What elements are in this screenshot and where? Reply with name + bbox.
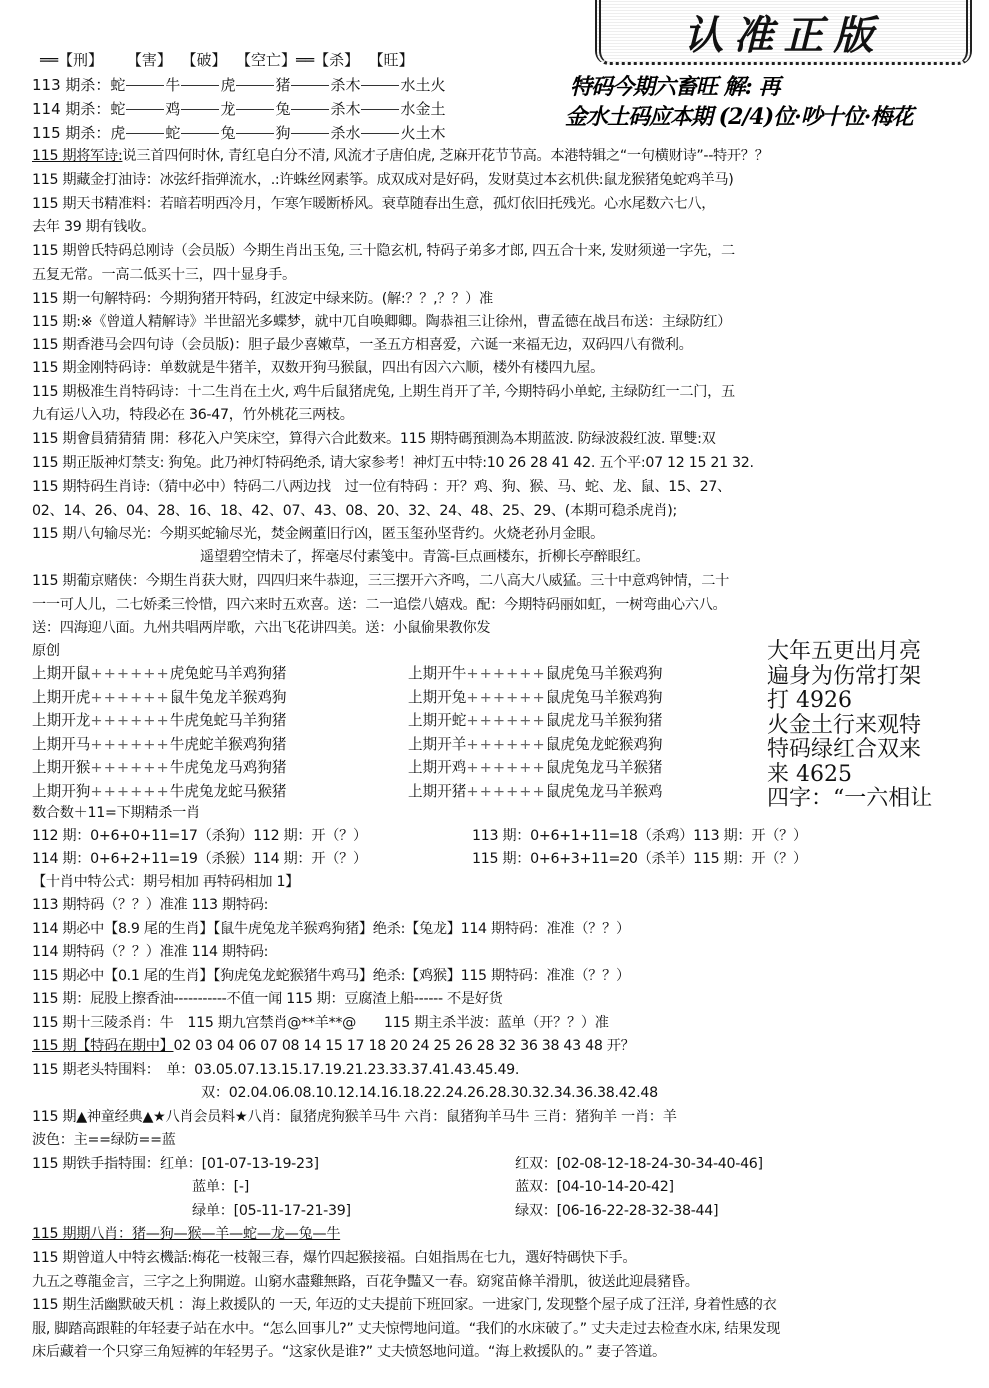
- side-poem-line: 来 4625: [767, 763, 932, 788]
- header-xing: ══【刑】: [40, 51, 103, 69]
- grid-result: 牛虎兔蛇马羊狗猪: [170, 712, 287, 729]
- iron-blue-double: 蓝双：[04-10-14-20-42]: [515, 1176, 674, 1198]
- gambler-line-1: 115 期葡京赌侠：今期生肖获大财，四四归来牛恭迎，三三摆开六齐鸣，二八高大八威…: [32, 570, 729, 592]
- cell: 蛇: [165, 122, 180, 144]
- old-man-double: 双：02.04.06.08.10.12.14.16.18.22.24.26.28…: [201, 1082, 658, 1104]
- divider: [126, 109, 164, 110]
- divider: [291, 109, 329, 110]
- grid-label: 上期开鸡: [408, 759, 466, 776]
- header-wang: 【旺】: [369, 51, 414, 69]
- one-sentence: 115 期一句解特码：今期狗猪开特码，红波定中绿来防。(解:？？,？？）准: [32, 288, 493, 310]
- grid-result: 鼠牛兔龙羊猴鸡狗: [170, 689, 287, 706]
- grid-label: 上期开猴: [32, 759, 90, 776]
- grid-label: 上期开蛇: [408, 712, 466, 729]
- tianshu-line-2: 去年 39 期有钱收。: [32, 216, 155, 238]
- iron-green-single: 绿单：[05-11-17-21-39]: [192, 1200, 351, 1222]
- divider: [126, 133, 164, 134]
- grid-label: 上期开马: [32, 736, 90, 753]
- general-poem-line: 115 期将军诗:说三首四何时休, 青红皂白分不清, 风流才子唐伯虎, 芝麻开花…: [32, 145, 769, 167]
- plus-signs: ++++++: [466, 736, 545, 753]
- grid-row: 上期开狗++++++牛虎兔龙蛇马猴猪 上期开猪++++++鼠虎兔龙马羊猴鸡: [32, 780, 663, 804]
- grid-result: 鼠虎兔龙马羊猴鸡: [546, 783, 663, 800]
- kill-row-115: 115 期杀：虎蛇兔狗杀水火土木: [32, 122, 446, 144]
- divider: [361, 133, 399, 134]
- formula-row-2-left: 114 期：0+6+2+11=19（杀猴）114 期：开（？）: [32, 848, 367, 870]
- grid-label: 上期开鼠: [32, 665, 90, 682]
- plus-signs: ++++++: [90, 783, 169, 800]
- shentong-line: 115 期▲神童经典▲★八肖会员料★八肖：鼠猪虎狗猴羊马牛 六肖：鼠猪狗羊马牛 …: [32, 1106, 677, 1128]
- zeng-talk-line-1: 115 期曾道人中特玄機話:梅花一枝報三春，爆竹四起猴接福。白姐指馬在七九，選好…: [32, 1247, 636, 1269]
- grid-row: 上期开虎++++++鼠牛兔龙羊猴鸡狗 上期开兔++++++鼠虎兔马羊猴鸡狗: [32, 686, 663, 710]
- cell: 虎: [220, 74, 235, 96]
- plus-signs: ++++++: [466, 712, 545, 729]
- member-guess: 115 期會員猜猜猜 開：移花入户笑床空，算得六合此数来。115 期特碼預測為本…: [32, 428, 715, 450]
- eight-zodiac-line: 115 期期八肖：猪—狗—猴—羊—蛇—龙—兔—牛: [32, 1223, 340, 1245]
- formula-row-1-left: 112 期：0+6+0+11=17（杀狗）112 期：开（？）: [32, 825, 367, 847]
- iron-red-single: 红单：[01-07-13-19-23]: [160, 1153, 319, 1175]
- cell: 牛: [165, 74, 180, 96]
- grid-result: 鼠虎兔龙蛇猴鸡狗: [546, 736, 663, 753]
- divider: [181, 85, 219, 86]
- thirteen-line: 115 期十三陵杀肖：牛 115 期九宫禁肖@**羊**@ 115 期主杀半波：…: [32, 1012, 609, 1034]
- old-man-single: 115 期老头特围料： 单：03.05.07.13.15.17.19.21.23…: [32, 1059, 519, 1081]
- kill-row-114: 114 期杀：蛇鸡龙兔杀木水金土: [32, 98, 446, 120]
- plus-signs: ++++++: [90, 689, 169, 706]
- grid-result: 虎兔蛇马羊鸡狗猪: [170, 665, 287, 682]
- in-period-label: 115 期【特码在期中】: [32, 1038, 174, 1054]
- cell: 水土火: [400, 74, 445, 96]
- line-114-must: 114 期必中【8.9 尾的生肖】【鼠牛虎兔龙羊猴鸡狗猪】绝杀:【兔龙】114 …: [32, 918, 630, 940]
- grid-result: 牛虎兔龙蛇马猴猪: [170, 783, 287, 800]
- divider: [361, 85, 399, 86]
- humor-line-2: 服, 脚踏高跟鞋的年轻妻子站在水中。“怎么回事儿?” 丈夫惊愕地问道。“我们的水…: [32, 1318, 780, 1340]
- side-poem-line: 遍身为伤常打架: [767, 665, 932, 690]
- last-open-grid: 上期开鼠++++++虎兔蛇马羊鸡狗猪 上期开牛++++++鼠虎兔马羊猴鸡狗 上期…: [32, 662, 663, 803]
- handwritten-line-1: 特码今期六畜旺 解: 再: [570, 70, 779, 101]
- side-poem-line: 特码绿红合双来: [767, 738, 932, 763]
- cell: 龙: [220, 98, 235, 120]
- idiom-line: 115 期：屁股上擦香油-----------不值一闻 115 期：豆腐渣上船-…: [32, 988, 503, 1010]
- plus-signs: ++++++: [466, 665, 545, 682]
- divider: [291, 133, 329, 134]
- plus-signs: ++++++: [90, 665, 169, 682]
- grid-result: 鼠虎兔马羊猴鸡狗: [546, 689, 663, 706]
- divider: [126, 85, 164, 86]
- side-poem-line: 四字：“一六相让: [767, 787, 932, 812]
- line-113-code: 113 期特码（？？）准准 113 期特码:: [32, 894, 268, 916]
- divider: [291, 85, 329, 86]
- zeng-poem-line-1: 115 期曾氏特码总刚诗（会员版）今期生肖出玉兔, 三十隐玄机, 特码子弟多才郎…: [32, 240, 735, 262]
- divider: [361, 109, 399, 110]
- ten-zodiac-title: 【十肖中特公式：期号相加 再特码相加 1】: [32, 871, 299, 893]
- iron-green-double: 绿双：[06-16-22-28-32-38-44]: [515, 1200, 718, 1222]
- plus-signs: ++++++: [466, 783, 545, 800]
- plus-signs: ++++++: [466, 689, 545, 706]
- cell: 蛇: [110, 98, 125, 120]
- header-kongwang-sha: 【空亡】══【杀】: [236, 51, 359, 69]
- precise-poem-line-2: 九有运八入功，特段必在 36-47，竹外桃花三两枝。: [32, 404, 354, 426]
- cell: 虎: [110, 122, 125, 144]
- grid-row: 上期开猴++++++牛虎兔龙马鸡狗猪 上期开鸡++++++鼠虎兔龙马羊猴猪: [32, 756, 663, 780]
- plus-signs: ++++++: [90, 712, 169, 729]
- divider: [181, 109, 219, 110]
- divider: [181, 133, 219, 134]
- cell: 火土木: [400, 122, 445, 144]
- cell: 猪: [275, 74, 290, 96]
- cell: 杀木: [330, 98, 360, 120]
- line-114-code: 114 期特码（？？）准准 114 期特码:: [32, 941, 268, 963]
- original-label: 原创: [32, 640, 60, 662]
- kill-row-113: 113 期杀：蛇牛虎猪杀木水土火: [32, 74, 446, 96]
- formula-row-1-right: 113 期：0+6+1+11=18（杀鸡）113 期：开（？）: [472, 825, 807, 847]
- zeng-talk-line-2: 九五之尊龍金言，三字之上狗開遊。山窮水盡雞無路，百花争豔又一春。窈窕苗條羊滑肌，…: [32, 1271, 699, 1293]
- line-115-must: 115 期必中【0.1 尾的生肖】【狗虎兔龙蛇猴猪牛鸡马】绝杀:【鸡猴】115 …: [32, 965, 630, 987]
- in-period-numbers: 02 03 04 06 07 08 14 15 17 18 20 24 25 2…: [174, 1038, 635, 1054]
- eight-lose-line-1: 115 期八句输尽光：今期买蛇输尽光，焚金阙董旧行凶，匿玉玺孙坚背约。火烧老孙月…: [32, 523, 604, 545]
- grid-label: 上期开兔: [408, 689, 466, 706]
- wave-line: 波色：主==绿防==蓝: [32, 1129, 176, 1151]
- side-poem-line: 火金土行来观特: [767, 714, 932, 739]
- row-label: 113 期杀：: [32, 74, 110, 96]
- divider: [236, 85, 274, 86]
- cell: 兔: [275, 98, 290, 120]
- grid-result: 鼠虎兔龙马羊猴猪: [546, 759, 663, 776]
- hk-jockey-poem: 115 期香港马会四句诗（会员版)：胆子最少喜嫩草，一圣五方相喜爱，六诞一来福无…: [32, 334, 693, 356]
- grid-result: 牛虎蛇羊猴鸡狗猪: [170, 736, 287, 753]
- row-label: 114 期杀：: [32, 98, 110, 120]
- zodiac-poem-line-2: 02、14、26、04、28、16、18、42、07、43、08、20、32、2…: [32, 500, 677, 522]
- stamp-title: 认准正版: [601, 4, 966, 61]
- cell: 狗: [275, 122, 290, 144]
- humor-line-1: 115 期生活幽默破天机 ：海上救援队的 一天, 年迈的丈夫提前下班回家。一进家…: [32, 1294, 777, 1316]
- grid-row: 上期开鼠++++++虎兔蛇马羊鸡狗猪 上期开牛++++++鼠虎兔马羊猴鸡狗: [32, 662, 663, 686]
- grid-result: 牛虎兔龙马鸡狗猪: [170, 759, 287, 776]
- grid-result: 鼠虎兔马羊猴鸡狗: [546, 665, 663, 682]
- plus-signs: ++++++: [90, 736, 169, 753]
- grid-label: 上期开猪: [408, 783, 466, 800]
- cell: 兔: [220, 122, 235, 144]
- humor-line-3: 床后藏着一个只穿三角短裤的年轻男子。“这家伙是谁?” 丈夫愤怒地问道。“海上救援…: [32, 1341, 666, 1363]
- grid-label: 上期开羊: [408, 736, 466, 753]
- cell: 蛇: [110, 74, 125, 96]
- eight-lose-line-2: 遥望碧空情未了，挥毫尽付素笺中。青篙-巨点画楼东，折柳长亭醉眼红。: [200, 546, 649, 568]
- general-poem-label: 115 期将军诗:: [32, 148, 122, 164]
- zeng-poem-line-2: 五复无常。一高二低买十三，四十显身手。: [32, 264, 296, 286]
- daoren-poem: 115 期:※《曾道人精解诗》半世韶光多蝶梦，就中兀自唤卿卿。陶恭祖三让徐州，曹…: [32, 311, 731, 333]
- grid-row: 上期开马++++++牛虎蛇羊猴鸡狗猪 上期开羊++++++鼠虎兔龙蛇猴鸡狗: [32, 733, 663, 757]
- authentic-stamp: 认准正版: [595, 0, 972, 65]
- cell: 鸡: [165, 98, 180, 120]
- tianshu-line-1: 115 期天书精准料：若暗若明西冷月，乍寒乍暖断桥风。衰草随春出生意，孤灯依旧托…: [32, 193, 715, 215]
- oil-poem: 115 期藏金打油诗：冰弦纤指弹流水，.:许蛛丝网素筝。成双成对是好码，发财莫过…: [32, 169, 734, 191]
- gambler-line-2: 一一可人儿，二七娇柔三怜惜，四六来时五欢喜。送：二一追偿八嬉戏。配：今期特码丽如…: [32, 594, 726, 616]
- side-poem-line: 大年五更出月亮: [767, 640, 932, 665]
- general-poem-text: 说三首四何时休, 青红皂白分不清, 风流才子唐伯虎, 芝麻开花节节高。本港特辑之…: [122, 148, 768, 164]
- divider: [236, 133, 274, 134]
- gambler-line-3: 送：四海迎八面。九州共唱两岸歌，六出飞花讲四美。送：小鼠偷果教你发: [32, 617, 490, 639]
- handwritten-line-2: 金水土码应本期 (2/4)位·吵十位·梅花: [565, 100, 912, 131]
- grid-label: 上期开龙: [32, 712, 90, 729]
- header-po: 【破】: [181, 51, 226, 69]
- formula-title: 数合数＋11=下期精杀一肖: [32, 802, 200, 824]
- cell: 杀木: [330, 74, 360, 96]
- iron-red-double: 红双：[02-08-12-18-24-30-34-40-46]: [515, 1153, 763, 1175]
- in-period-line: 115 期【特码在期中】02 03 04 06 07 08 14 15 17 1…: [32, 1035, 635, 1057]
- iron-finger-label: 115 期铁手指特围：: [32, 1153, 160, 1175]
- diamond-poem: 115 期金刚特码诗：单数就是牛猪羊，双数开狗马猴鼠，四出有因六六顺，楼外有楼四…: [32, 357, 604, 379]
- grid-result: 鼠虎龙马羊猴狗猪: [546, 712, 663, 729]
- grid-label: 上期开虎: [32, 689, 90, 706]
- kill-table-header: ══【刑】 【害】 【破】 【空亡】══【杀】 【旺】: [40, 50, 414, 70]
- iron-blue-single: 蓝单：[-]: [192, 1176, 249, 1198]
- grid-label: 上期开狗: [32, 783, 90, 800]
- cell: 水金土: [400, 98, 445, 120]
- divider: [236, 109, 274, 110]
- plus-signs: ++++++: [466, 759, 545, 776]
- formula-row-2-right: 115 期：0+6+3+11=20（杀羊）115 期：开（？）: [472, 848, 807, 870]
- precise-poem-line-1: 115 期极准生肖特码诗：十二生肖在土火, 鸡牛后鼠猪虎兔, 上期生肖开了羊, …: [32, 381, 735, 403]
- plus-signs: ++++++: [90, 759, 169, 776]
- zodiac-poem-line-1: 115 期特码生肖诗:（猜中必中）特码二八两边找 过一位有特码 ：开？鸡、狗、猴…: [32, 476, 731, 498]
- side-poem-line: 打 4926: [767, 689, 932, 714]
- side-poem: 大年五更出月亮 遍身为伤常打架 打 4926 火金土行来观特 特码绿红合双来 来…: [767, 640, 932, 812]
- header-hai: 【害】: [127, 51, 172, 69]
- row-label: 115 期杀：: [32, 122, 110, 144]
- grid-row: 上期开龙++++++牛虎兔蛇马羊狗猪 上期开蛇++++++鼠虎龙马羊猴狗猪: [32, 709, 663, 733]
- lamp-line: 115 期正版神灯禁支: 狗兔。此乃神灯特码绝杀, 请大家参考！神灯五中特:10…: [32, 452, 754, 474]
- cell: 杀水: [330, 122, 360, 144]
- grid-label: 上期开牛: [408, 665, 466, 682]
